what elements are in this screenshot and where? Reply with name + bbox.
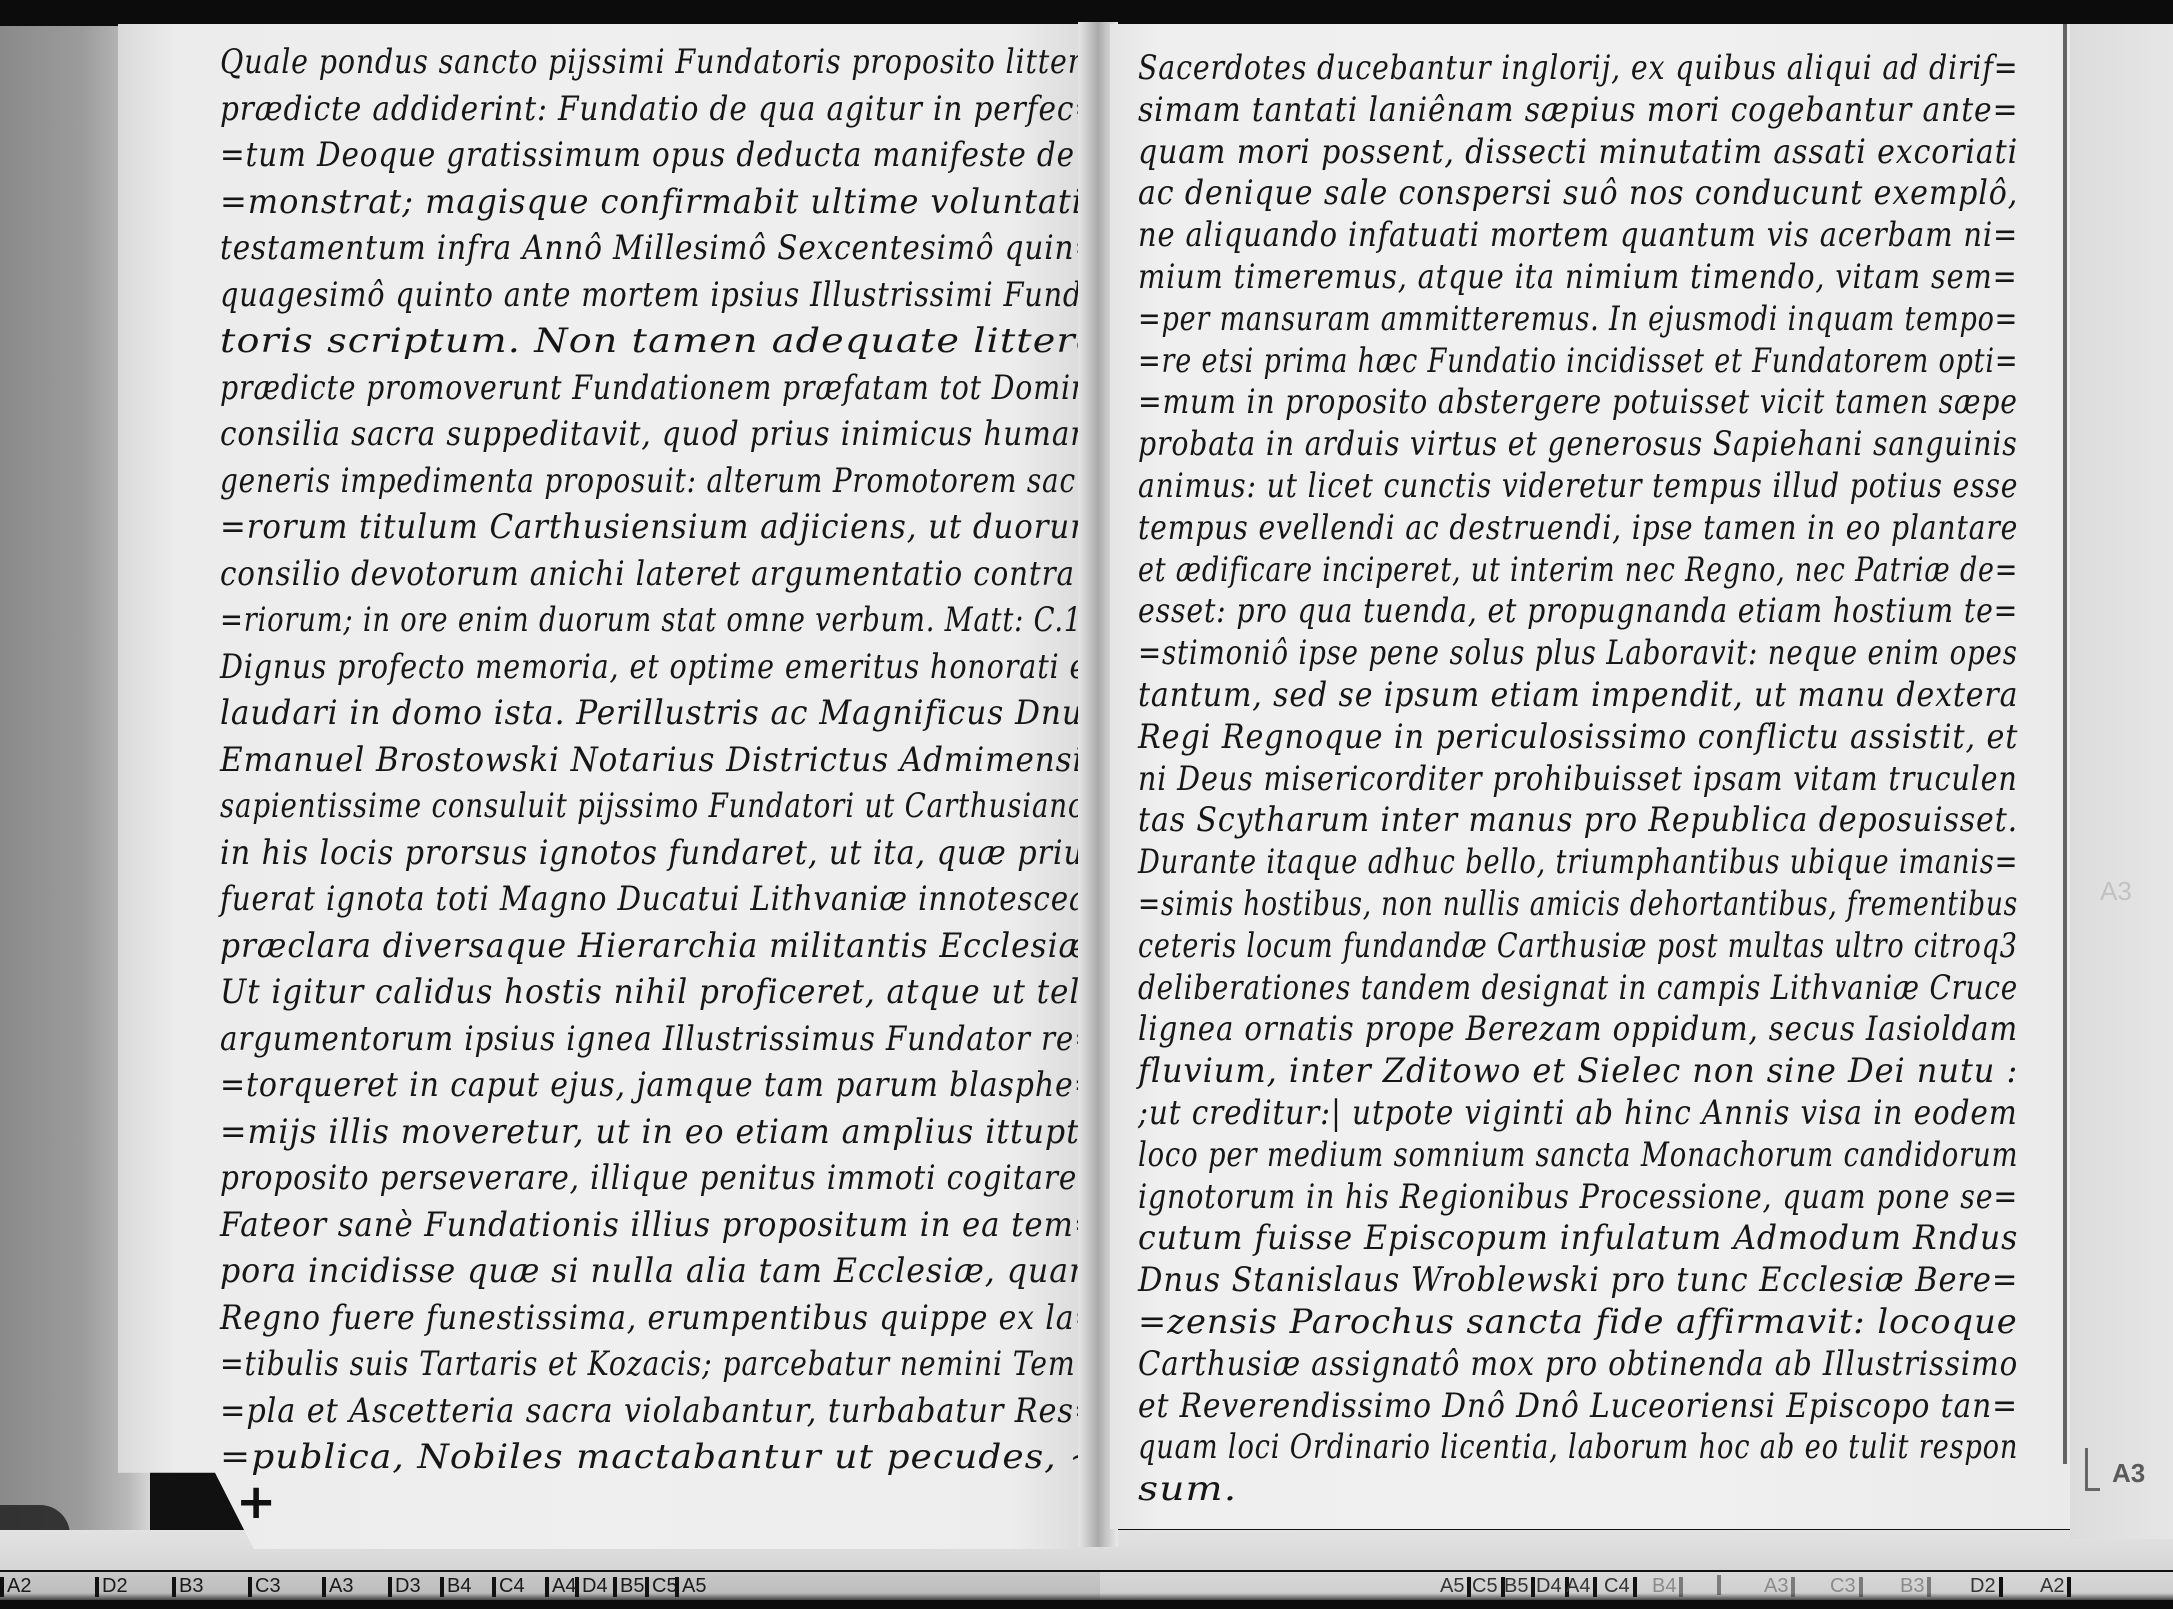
manuscript-line: tempus evellendi ac destruendi, ipse tam… [1138, 506, 2018, 550]
manuscript-line: argumentorum ipsius ignea Illustrissimus… [220, 1017, 1100, 1061]
manuscript-line: Ut igitur calidus hostis nihil proficere… [220, 970, 1100, 1014]
manuscript-line: Dignus profecto memoria, et optime emeri… [220, 645, 1100, 689]
manuscript-line: =tum Deoque gratissimum opus deducta man… [220, 133, 1100, 177]
left-page: Quale pondus sancto pijssimi Fundatoris … [118, 24, 1088, 1549]
color-patch-label: B3 [1900, 1575, 1931, 1598]
manuscript-line: generis impedimenta proposuit: alterum P… [220, 459, 1100, 503]
manuscript-line: Quale pondus sancto pijssimi Fundatoris … [220, 40, 1100, 84]
patch-code: A3 [1764, 1575, 1788, 1598]
patch-code: B4 [1652, 1575, 1676, 1598]
color-patch-label: D3 [388, 1575, 421, 1598]
manuscript-line: deliberationes tandem designat in campis… [1138, 966, 2018, 1010]
patch-code: D2 [1970, 1575, 1996, 1598]
patch-divider [172, 1577, 176, 1597]
manuscript-line: =re etsi prima hæc Fundatio incidisset e… [1138, 339, 2018, 383]
patch-divider [575, 1577, 579, 1597]
patch-divider [1593, 1577, 1597, 1597]
manuscript-line: Carthusiæ assignatô mox pro obtinenda ab… [1138, 1342, 2018, 1386]
manuscript-line: sum. [1138, 1467, 1237, 1511]
manuscript-line: consilio devotorum anichi lateret argume… [220, 552, 1100, 596]
color-patch-label: B4 [1652, 1575, 1683, 1598]
manuscript-line: tantum, sed se ipsum etiam impendit, ut … [1138, 673, 2018, 717]
color-patch-label: A3 [1764, 1575, 1795, 1598]
manuscript-line: lignea ornatis prope Berezam oppidum, se… [1138, 1007, 2018, 1051]
manuscript-line: loco per medium somnium sancta Monachoru… [1138, 1133, 2018, 1177]
patch-code: B3 [179, 1575, 203, 1598]
color-patch-label: A2 [2040, 1575, 2071, 1598]
color-patch-label: B3 [172, 1575, 203, 1598]
manuscript-line: pora incidisse quæ si nulla alia tam Ecc… [220, 1249, 1100, 1293]
manuscript-line: =per mansuram ammitteremus. In ejusmodi … [1138, 297, 2018, 341]
patch-divider [0, 1577, 4, 1597]
patch-divider [440, 1577, 444, 1597]
manuscript-line: tas Scytharum inter manus pro Republica … [1138, 798, 2018, 842]
patch-code: A2 [2040, 1575, 2064, 1598]
patch-code: C5 [1472, 1575, 1498, 1598]
corner-label-upper: A3 [2100, 876, 2132, 907]
manuscript-line: esset: pro qua tuenda, et propugnanda et… [1138, 589, 2018, 633]
patch-code: C3 [1830, 1575, 1856, 1598]
patch-divider [1999, 1577, 2003, 1597]
manuscript-line: Fateor sanè Fundationis illius propositu… [220, 1203, 1100, 1247]
color-patch-label: B4 [440, 1575, 471, 1598]
manuscript-line: ceteris locum fundandæ Carthusiæ post mu… [1138, 924, 2018, 968]
patch-divider [95, 1577, 99, 1597]
right-page-edge [2070, 24, 2173, 1539]
color-patch-label: A2 [0, 1575, 31, 1598]
patch-divider [1791, 1577, 1795, 1597]
manuscript-line: præclara diversaque Hierarchia militanti… [220, 924, 1100, 968]
manuscript-line: =torqueret in caput ejus, jamque tam par… [220, 1063, 1100, 1107]
manuscript-line: mium timeremus, atque ita nimium timendo… [1138, 255, 2018, 299]
patch-divider [545, 1577, 549, 1597]
manuscript-line: testamentum infra Annô Millesimô Sexcent… [220, 226, 1100, 270]
patch-code: C5 [652, 1575, 678, 1598]
manuscript-line: fuerat ignota toti Magno Ducatui Lithvan… [220, 877, 1100, 921]
patch-code: B3 [1900, 1575, 1924, 1598]
color-patch-label: A5 [675, 1575, 706, 1598]
manuscript-line: simam tantati laniênam sæpius mori cogeb… [1138, 88, 2018, 132]
patch-divider [1679, 1577, 1683, 1597]
patch-divider [388, 1577, 392, 1597]
manuscript-line: quam mori possent, dissecti minutatim as… [1138, 130, 2018, 174]
patch-code: C4 [1604, 1575, 1630, 1598]
manuscript-line: Regi Regnoque in periculosissimo conflic… [1138, 715, 2018, 759]
patch-divider [613, 1577, 617, 1597]
color-patch-label: D4 [1536, 1575, 1569, 1598]
manuscript-line: ac denique sale conspersi suô nos conduc… [1138, 171, 2018, 215]
color-patch-label: C4 [492, 1575, 525, 1598]
color-patch-label: C3 [1830, 1575, 1863, 1598]
color-patch-label: D2 [1970, 1575, 2003, 1598]
manuscript-line: =mijs illis moveretur, ut in eo etiam am… [220, 1110, 1100, 1154]
patch-code: A5 [682, 1575, 706, 1598]
patch-code: A4 [552, 1575, 576, 1598]
color-patch-label: D4 [575, 1575, 608, 1598]
manuscript-line: probata in arduis virtus et generosus Sa… [1138, 422, 2018, 466]
manuscript-line: ni Deus misericorditer prohibuisset ipsa… [1138, 757, 2018, 801]
corner-bracket [2085, 1448, 2100, 1491]
manuscript-line: prædicte promoverunt Fundationem præfata… [220, 366, 1100, 410]
manuscript-line: =zensis Parochus sancta fide affirmavit:… [1138, 1300, 2018, 1344]
patch-code: D4 [582, 1575, 608, 1598]
manuscript-line: =stimoniô ipse pene solus plus Laboravit… [1138, 631, 2018, 675]
patch-divider [1633, 1577, 1637, 1597]
patch-divider [1717, 1575, 1721, 1595]
manuscript-line: =monstrat; magisque confirmabit ultime v… [220, 180, 1100, 224]
color-patch-label: B5 [1504, 1575, 1535, 1598]
color-patch-label: A5 [1440, 1575, 1471, 1598]
scanner-bottom-border [0, 1600, 2173, 1609]
patch-divider [1531, 1577, 1535, 1597]
patch-divider [1467, 1577, 1471, 1597]
manuscript-line: sapientissime consuluit pijssimo Fundato… [220, 784, 1100, 828]
manuscript-line: cutum fuisse Episcopum infulatum Admodum… [1138, 1216, 2018, 1260]
patch-divider [675, 1577, 679, 1597]
manuscript-line: =mum in proposito abstergere potuisset v… [1138, 380, 2018, 424]
patch-divider [248, 1577, 252, 1597]
page-edge-line [2063, 24, 2067, 1464]
manuscript-line: et Reverendissimo Dnô Dnô Luceoriensi Ep… [1138, 1384, 2018, 1428]
manuscript-line: proposito perseverare, illique penitus i… [220, 1156, 1100, 1200]
manuscript-line: =riorum; in ore enim duorum stat omne ve… [220, 598, 1100, 642]
patch-code: B4 [447, 1575, 471, 1598]
manuscript-line: Emanuel Brostowski Notarius Districtus A… [220, 738, 1100, 782]
manuscript-line: Dnus Stanislaus Wroblewski pro tunc Eccl… [1138, 1258, 2018, 1302]
manuscript-line: ne aliquando infatuati mortem quantum vi… [1138, 213, 2018, 257]
manuscript-line: =tibulis suis Tartaris et Kozacis; parce… [220, 1342, 1100, 1386]
right-page: Sacerdotes ducebantur inglorij, ex quibu… [1110, 24, 2080, 1529]
patch-code: B5 [1504, 1575, 1528, 1598]
patch-code: C3 [255, 1575, 281, 1598]
patch-code: B5 [620, 1575, 644, 1598]
margin-cross-mark: + [236, 1474, 276, 1530]
patch-divider [322, 1577, 326, 1597]
patch-divider [1927, 1577, 1931, 1597]
patch-divider [492, 1577, 496, 1597]
color-patch-label: C5 [645, 1575, 678, 1598]
manuscript-line: =rorum titulum Carthusiensium adjiciens,… [220, 505, 1100, 549]
manuscript-line: ignotorum in his Regionibus Processione,… [1138, 1175, 2018, 1219]
patch-code: A5 [1440, 1575, 1464, 1598]
patch-code: A3 [329, 1575, 353, 1598]
manuscript-line: =pla et Ascetteria sacra violabantur, tu… [220, 1389, 1100, 1433]
patch-divider [2067, 1577, 2071, 1597]
color-patch-label [1714, 1575, 1721, 1595]
color-patch-label: C3 [248, 1575, 281, 1598]
manuscript-line: =simis hostibus, non nullis amicis dehor… [1138, 882, 2018, 926]
patch-code: A2 [7, 1575, 31, 1598]
manuscript-line: laudari in domo ista. Perillustris ac Ma… [220, 691, 1100, 735]
manuscript-line: animus: ut licet cunctis videretur tempu… [1138, 464, 2018, 508]
manuscript-line: quagesimô quinto ante mortem ipsius Illu… [220, 273, 1100, 317]
manuscript-line: in his locis prorsus ignotos fundaret, u… [220, 831, 1100, 875]
manuscript-line: consilia sacra suppeditavit, quod prius … [220, 412, 1100, 456]
manuscript-line: fluvium, inter Zditowo et Sielec non sin… [1138, 1049, 2018, 1093]
patch-divider [1859, 1577, 1863, 1597]
patch-divider [645, 1577, 649, 1597]
manuscript-line: quam loci Ordinario licentia, laborum ho… [1138, 1425, 2018, 1469]
patch-code: C4 [499, 1575, 525, 1598]
color-patch-label: B5 [613, 1575, 644, 1598]
manuscript-line: ;ut creditur:| utpote viginti ab hinc An… [1138, 1091, 2018, 1135]
manuscript-line: et ædificare inciperet, ut interim nec R… [1138, 548, 2018, 592]
patch-code: D3 [395, 1575, 421, 1598]
corner-label-lower: A3 [2112, 1458, 2145, 1489]
manuscript-line: =publica, Nobiles mactabantur ut pecudes… [220, 1435, 1100, 1479]
color-target-strip-right: A5C5B5D4A4C4B4A3C3B3D2A2 [1100, 1572, 2173, 1602]
manuscript-line: Sacerdotes ducebantur inglorij, ex quibu… [1138, 46, 2018, 90]
color-patch-label: C4 [1604, 1575, 1637, 1598]
manuscript-line: toris scriptum. Non tamen adequate litte… [220, 319, 1099, 363]
manuscript-line: prædicte addiderint: Fundatio de qua agi… [220, 87, 1100, 131]
color-patch-label: A3 [322, 1575, 353, 1598]
patch-code: D2 [102, 1575, 128, 1598]
color-patch-label: A4 [1566, 1575, 1597, 1598]
color-patch-label: A4 [545, 1575, 576, 1598]
manuscript-line: Regno fuere funestissima, erumpentibus q… [220, 1296, 1100, 1340]
patch-code: A4 [1566, 1575, 1590, 1598]
manuscript-line: Durante itaque adhuc bello, triumphantib… [1138, 840, 2018, 884]
color-patch-label: D2 [95, 1575, 128, 1598]
patch-code: D4 [1536, 1575, 1562, 1598]
color-patch-label: C5 [1472, 1575, 1505, 1598]
